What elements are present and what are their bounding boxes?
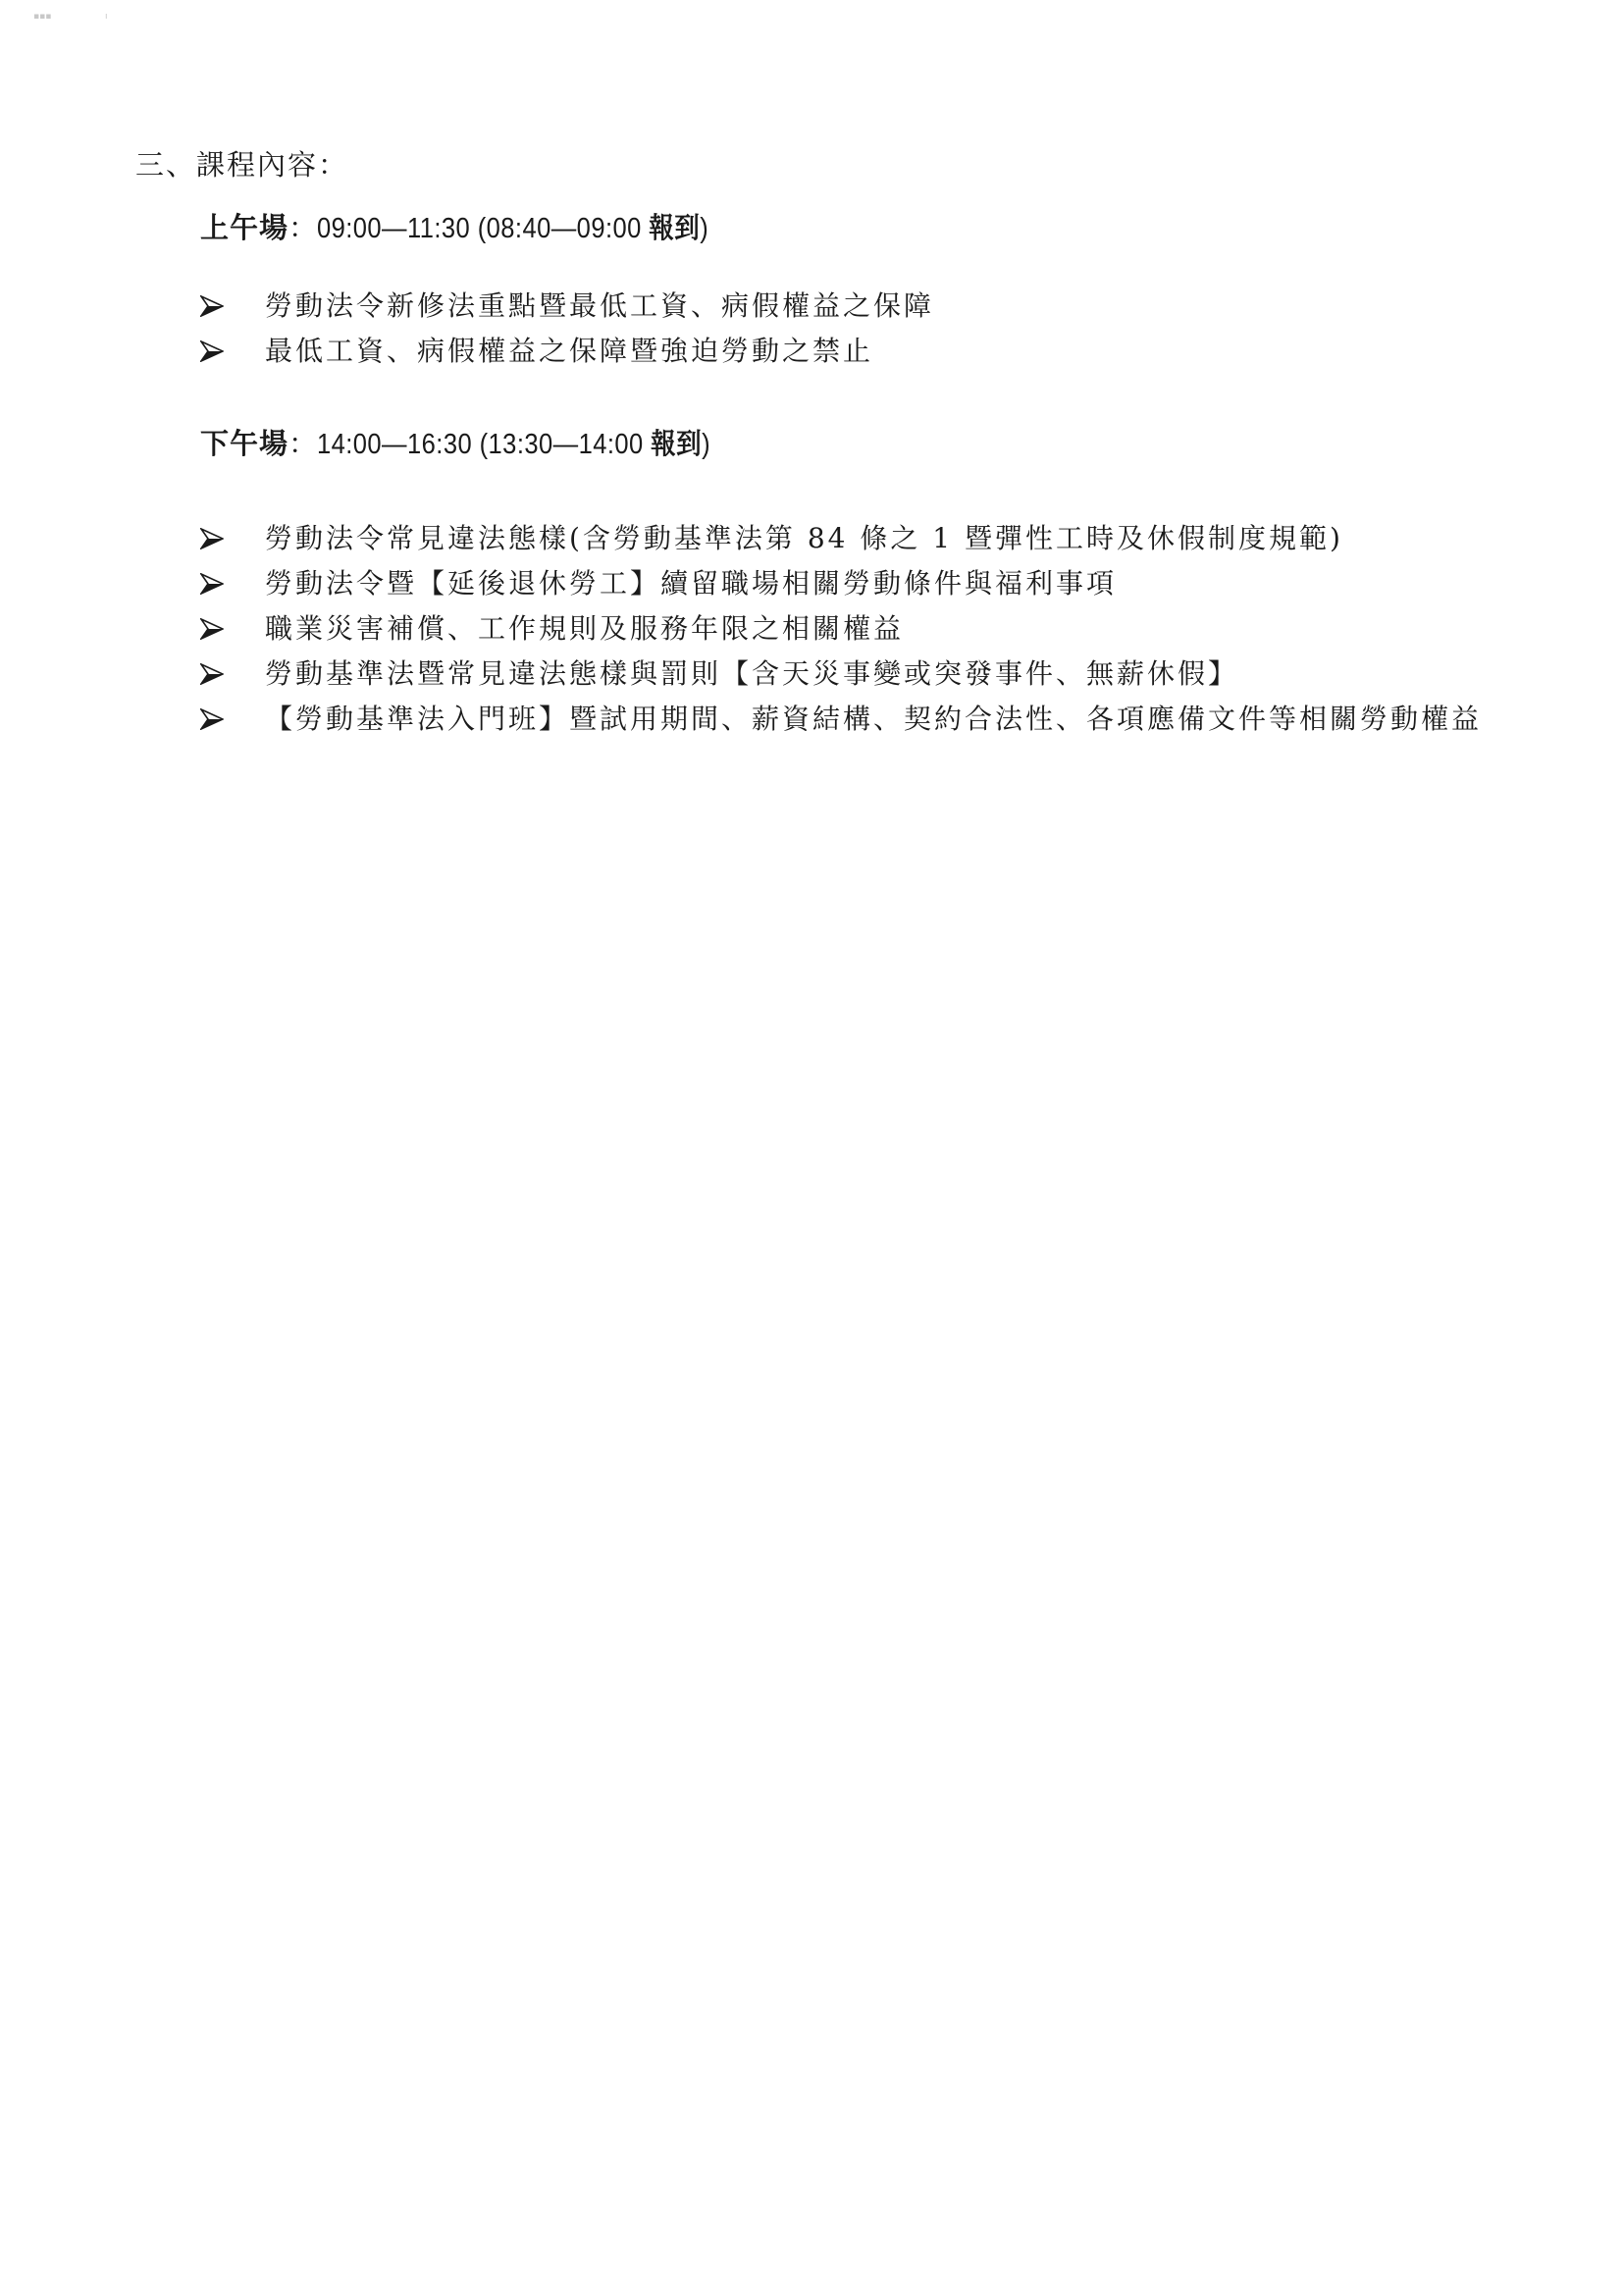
- arrowhead-bullet-icon: [200, 708, 224, 730]
- morning-session-label: 上午場: [200, 211, 288, 244]
- section-heading: 三、課程內容：: [135, 145, 348, 184]
- topic-text: 最低工資、病假權益之保障暨強迫勞動之禁止: [265, 329, 873, 374]
- afternoon-colon: ：: [288, 427, 317, 460]
- arrowhead-bullet-icon: [200, 340, 224, 362]
- morning-session-heading: 上午場：09:00—11:30 (08:40—09:00 報到): [200, 208, 762, 248]
- morning-close-paren: ): [700, 213, 708, 244]
- document-page: ▪▪▪ ı 三、課程內容： 上午場：09:00—11:30 (08:40—09:…: [0, 0, 1623, 2296]
- afternoon-time-range: 14:00—16:30 (13:30—14:00: [317, 429, 651, 460]
- arrowhead-bullet-icon: [200, 528, 224, 549]
- morning-checkin-label: 報到: [649, 211, 700, 244]
- topic-text: 勞動法令暨【延後退休勞工】續留職場相關勞動條件與福利事項: [265, 561, 1117, 606]
- arrowhead-bullet-icon: [200, 618, 224, 640]
- arrowhead-bullet-icon: [200, 295, 224, 317]
- morning-session-time: 09:00—11:30 (08:40—09:00 報到): [317, 208, 708, 248]
- topic-text: 勞動基準法暨常見違法態樣與罰則【含天災事變或突發事件、無薪休假】: [265, 652, 1238, 697]
- morning-time-range: 09:00—11:30 (08:40—09:00: [317, 213, 649, 244]
- topic-text: 勞動法令新修法重點暨最低工資、病假權益之保障: [265, 284, 934, 329]
- topic-text: 職業災害補償、工作規則及服務年限之相關權益: [265, 606, 904, 652]
- arrowhead-bullet-icon: [200, 573, 224, 595]
- afternoon-session-label: 下午場: [200, 427, 288, 460]
- topic-text: 勞動法令常見違法態樣(含勞動基準法第 84 條之 1 暨彈性工時及休假制度規範): [265, 516, 1343, 561]
- scan-artifact: ı: [105, 12, 108, 22]
- scan-artifact: ▪▪▪: [33, 12, 51, 22]
- topic-text: 【勞動基準法入門班】暨試用期間、薪資結構、契約合法性、各項應備文件等相關勞動權益: [265, 697, 1482, 742]
- afternoon-close-paren: ): [702, 429, 710, 460]
- afternoon-session-time: 14:00—16:30 (13:30—14:00 報到): [317, 424, 710, 464]
- afternoon-checkin-label: 報到: [651, 427, 702, 460]
- arrowhead-bullet-icon: [200, 663, 224, 685]
- afternoon-session-heading: 下午場：14:00—16:30 (13:30—14:00 報到): [200, 424, 764, 464]
- morning-colon: ：: [288, 211, 317, 244]
